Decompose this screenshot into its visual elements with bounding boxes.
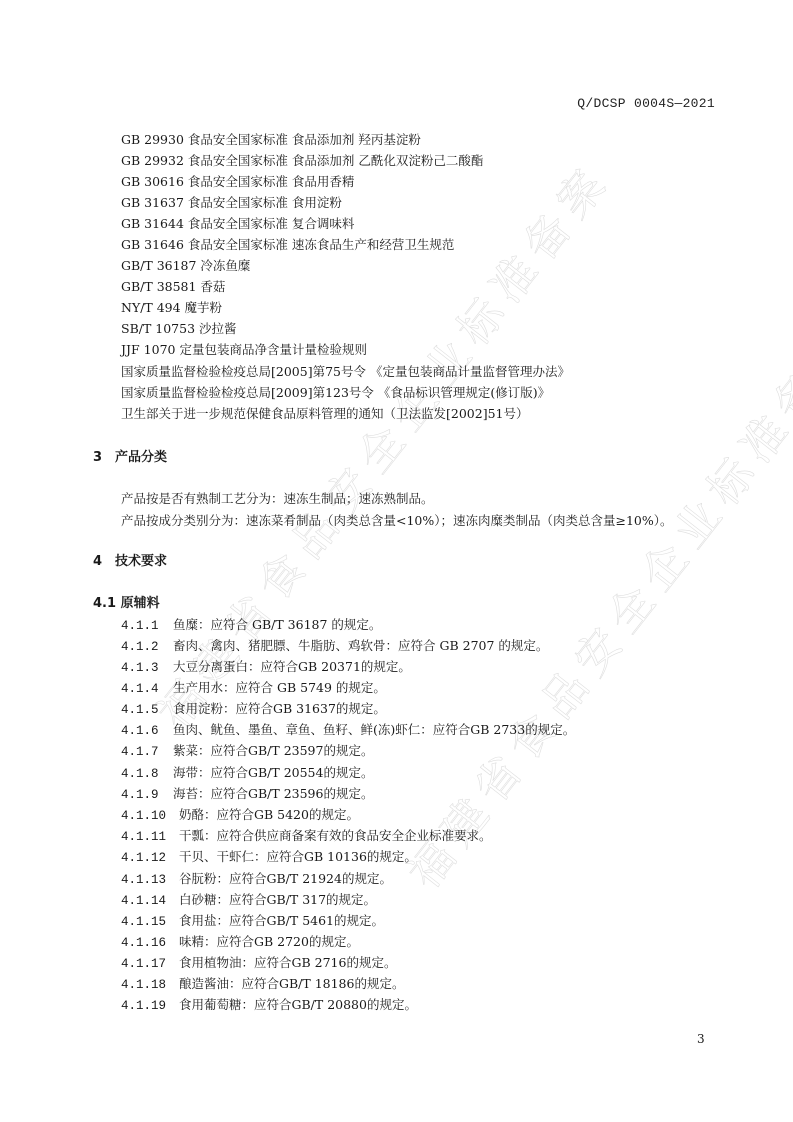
item-text: 食用淀粉：应符合GB 31637的规定。 bbox=[173, 701, 386, 716]
reference-line: 国家质量监督检验检疫总局[2009]第123号令 《食品标识管理规定(修订版)》 bbox=[121, 384, 550, 401]
section-3-heading: 3产品分类 bbox=[93, 449, 167, 466]
item-text: 干贝、干虾仁：应符合GB 10136的规定。 bbox=[179, 849, 417, 864]
list-item: 4.1.14白砂糖：应符合GB/T 317的规定。 bbox=[121, 891, 376, 910]
item-number: 4.1.8 bbox=[121, 766, 173, 783]
document-code: Q/DCSP 0004S—2021 bbox=[577, 96, 715, 111]
reference-line: GB/T 36187 冷冻鱼糜 bbox=[121, 257, 250, 274]
item-text: 食用植物油：应符合GB 2716的规定。 bbox=[179, 955, 396, 970]
reference-line: 卫生部关于进一步规范保健食品原料管理的通知（卫法监发[2002]51号） bbox=[121, 405, 528, 422]
item-text: 奶酪：应符合GB 5420的规定。 bbox=[179, 807, 359, 822]
section-4-heading: 4技术要求 bbox=[93, 553, 167, 570]
item-text: 谷朊粉：应符合GB/T 21924的规定。 bbox=[179, 871, 392, 886]
item-text: 味精：应符合GB 2720的规定。 bbox=[179, 934, 359, 949]
list-item: 4.1.12干贝、干虾仁：应符合GB 10136的规定。 bbox=[121, 848, 417, 867]
list-item: 4.1.2畜肉、禽肉、猪肥膘、牛脂肪、鸡软骨：应符合 GB 2707 的规定。 bbox=[121, 637, 548, 656]
list-item: 4.1.3大豆分离蛋白：应符合GB 20371的规定。 bbox=[121, 658, 411, 677]
item-number: 4.1.14 bbox=[121, 893, 179, 910]
reference-line: SB/T 10753 沙拉酱 bbox=[121, 320, 237, 337]
document-page: 福建省食品安全企业标准备案 福建省食品安全企业标准备案 Q/DCSP 0004S… bbox=[0, 0, 793, 1122]
item-number: 4.1.16 bbox=[121, 935, 179, 952]
item-text: 食用葡萄糖：应符合GB/T 20880的规定。 bbox=[179, 997, 417, 1012]
list-item: 4.1.15食用盐：应符合GB/T 5461的规定。 bbox=[121, 912, 384, 931]
item-text: 干瓢：应符合供应商备案有效的食品安全企业标准要求。 bbox=[179, 828, 492, 843]
paragraph: 产品按是否有熟制工艺分为：速冻生制品；速冻熟制品。 bbox=[121, 490, 434, 507]
item-text: 鱼糜：应符合 GB/T 36187 的规定。 bbox=[173, 617, 381, 632]
item-number: 4.1.11 bbox=[121, 829, 179, 846]
item-number: 4.1.3 bbox=[121, 660, 173, 677]
item-text: 紫菜：应符合GB/T 23597的规定。 bbox=[173, 743, 373, 758]
reference-line: NY/T 494 魔芋粉 bbox=[121, 299, 222, 316]
item-number: 4.1.18 bbox=[121, 977, 179, 994]
subsection-number: 4.1 bbox=[93, 596, 116, 611]
reference-line: JJF 1070 定量包装商品净含量计量检验规则 bbox=[121, 341, 367, 358]
item-number: 4.1.2 bbox=[121, 639, 173, 656]
item-text: 大豆分离蛋白：应符合GB 20371的规定。 bbox=[173, 659, 411, 674]
reference-line: GB/T 38581 香菇 bbox=[121, 278, 225, 295]
item-number: 4.1.17 bbox=[121, 956, 179, 973]
item-text: 白砂糖：应符合GB/T 317的规定。 bbox=[179, 892, 376, 907]
reference-line: GB 31637 食品安全国家标准 食用淀粉 bbox=[121, 194, 342, 211]
reference-line: GB 29930 食品安全国家标准 食品添加剂 羟丙基淀粉 bbox=[121, 131, 421, 148]
reference-line: 国家质量监督检验检疫总局[2005]第75号令 《定量包装商品计量监督管理办法》 bbox=[121, 363, 570, 380]
list-item: 4.1.5食用淀粉：应符合GB 31637的规定。 bbox=[121, 700, 386, 719]
item-text: 酿造酱油：应符合GB/T 18186的规定。 bbox=[179, 976, 404, 991]
item-text: 生产用水：应符合 GB 5749 的规定。 bbox=[173, 680, 386, 695]
item-number: 4.1.12 bbox=[121, 850, 179, 867]
item-text: 鱼肉、鱿鱼、墨鱼、章鱼、鱼籽、鲜(冻)虾仁：应符合GB 2733的规定。 bbox=[173, 722, 575, 737]
item-number: 4.1.10 bbox=[121, 808, 179, 825]
item-number: 4.1.13 bbox=[121, 872, 179, 889]
list-item: 4.1.7紫菜：应符合GB/T 23597的规定。 bbox=[121, 742, 373, 761]
item-text: 畜肉、禽肉、猪肥膘、牛脂肪、鸡软骨：应符合 GB 2707 的规定。 bbox=[173, 638, 548, 653]
list-item: 4.1.18酿造酱油：应符合GB/T 18186的规定。 bbox=[121, 975, 404, 994]
item-number: 4.1.5 bbox=[121, 702, 173, 719]
section-title: 产品分类 bbox=[115, 450, 167, 465]
list-item: 4.1.17食用植物油：应符合GB 2716的规定。 bbox=[121, 954, 396, 973]
item-number: 4.1.7 bbox=[121, 744, 173, 761]
reference-line: GB 30616 食品安全国家标准 食品用香精 bbox=[121, 173, 354, 190]
item-text: 海带：应符合GB/T 20554的规定。 bbox=[173, 765, 373, 780]
list-item: 4.1.13谷朊粉：应符合GB/T 21924的规定。 bbox=[121, 870, 392, 889]
list-item: 4.1.9海苔：应符合GB/T 23596的规定。 bbox=[121, 785, 373, 804]
reference-line: GB 29932 食品安全国家标准 食品添加剂 乙酰化双淀粉己二酸酯 bbox=[121, 152, 483, 169]
page-number: 3 bbox=[697, 1032, 705, 1046]
list-item: 4.1.16味精：应符合GB 2720的规定。 bbox=[121, 933, 359, 952]
item-number: 4.1.9 bbox=[121, 787, 173, 804]
item-number: 4.1.15 bbox=[121, 914, 179, 931]
list-item: 4.1.6鱼肉、鱿鱼、墨鱼、章鱼、鱼籽、鲜(冻)虾仁：应符合GB 2733的规定… bbox=[121, 721, 575, 740]
section-number: 3 bbox=[93, 449, 115, 466]
paragraph: 产品按成分类别分为：速冻菜肴制品（肉类总含量<10%）；速冻肉糜类制品（肉类总含… bbox=[121, 512, 673, 529]
list-item: 4.1.1鱼糜：应符合 GB/T 36187 的规定。 bbox=[121, 616, 381, 635]
list-item: 4.1.10奶酪：应符合GB 5420的规定。 bbox=[121, 806, 359, 825]
reference-line: GB 31646 食品安全国家标准 速冻食品生产和经营卫生规范 bbox=[121, 236, 454, 253]
item-number: 4.1.6 bbox=[121, 723, 173, 740]
section-number: 4 bbox=[93, 553, 115, 570]
list-item: 4.1.4生产用水：应符合 GB 5749 的规定。 bbox=[121, 679, 386, 698]
item-text: 海苔：应符合GB/T 23596的规定。 bbox=[173, 786, 373, 801]
subsection-4-1-heading: 4.1 原辅料 bbox=[93, 595, 160, 612]
item-text: 食用盐：应符合GB/T 5461的规定。 bbox=[179, 913, 384, 928]
list-item: 4.1.11干瓢：应符合供应商备案有效的食品安全企业标准要求。 bbox=[121, 827, 492, 846]
list-item: 4.1.8海带：应符合GB/T 20554的规定。 bbox=[121, 764, 373, 783]
section-title: 技术要求 bbox=[115, 554, 167, 569]
list-item: 4.1.19食用葡萄糖：应符合GB/T 20880的规定。 bbox=[121, 996, 417, 1015]
item-number: 4.1.4 bbox=[121, 681, 173, 698]
reference-line: GB 31644 食品安全国家标准 复合调味料 bbox=[121, 215, 354, 232]
subsection-title: 原辅料 bbox=[121, 596, 160, 611]
item-number: 4.1.1 bbox=[121, 618, 173, 635]
item-number: 4.1.19 bbox=[121, 998, 179, 1015]
